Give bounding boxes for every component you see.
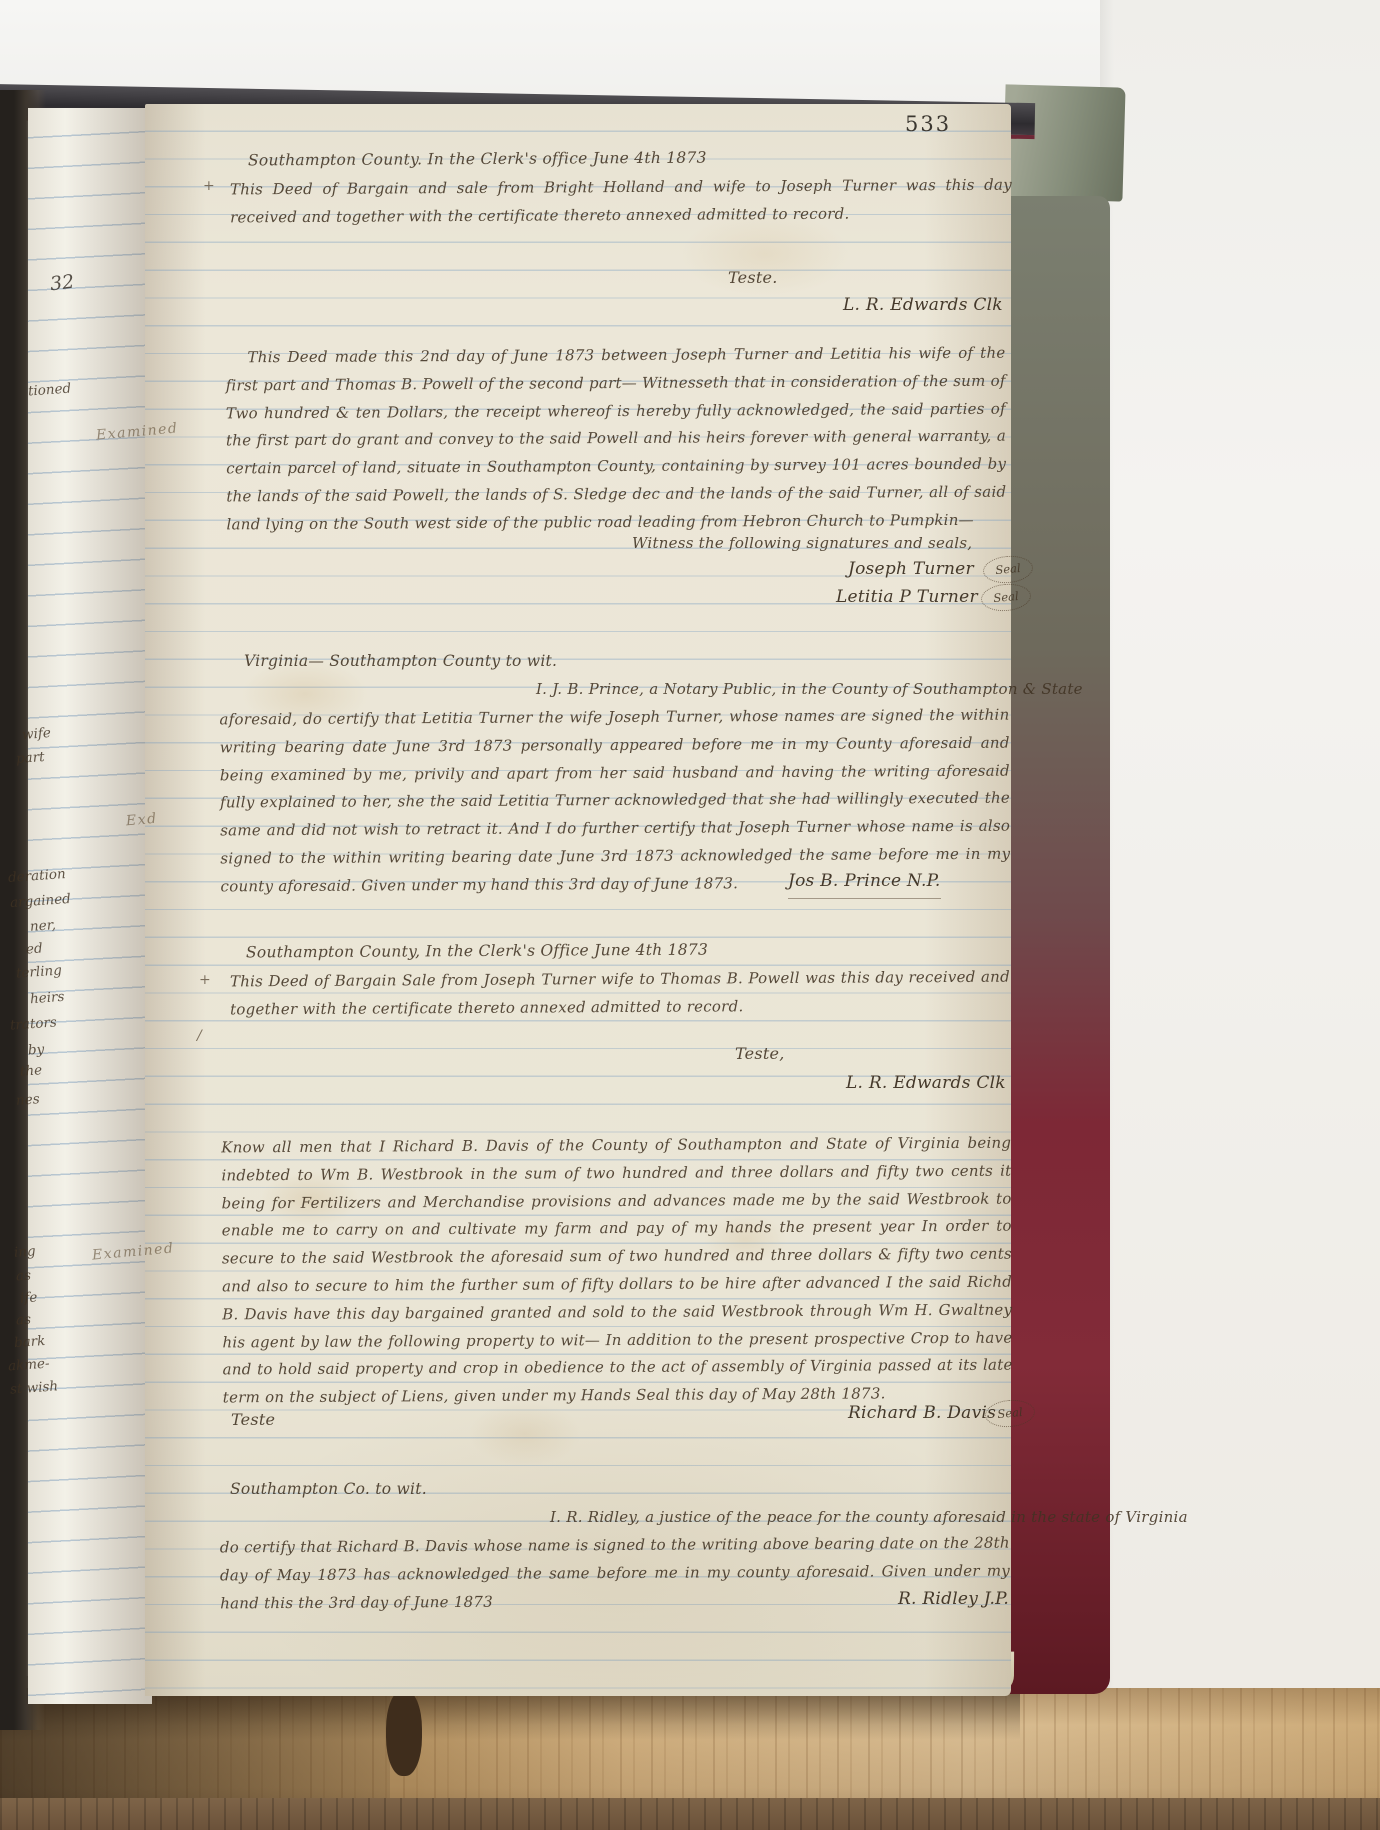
record-3-opening-line: I. J. B. Prince, a Notary Public, in the…: [536, 676, 1083, 704]
record-4-heading: Southampton County, In the Clerk's Offic…: [246, 937, 708, 968]
left-page-fragment: bark: [13, 1333, 45, 1351]
record-2-signature-2: Letitia P Turner: [836, 584, 978, 612]
clerk-cross-mark-1: +: [203, 178, 215, 194]
record-1-teste: Teste.: [728, 264, 778, 292]
left-page-fragment: part: [15, 749, 45, 767]
left-page-fragment: terling: [15, 962, 62, 981]
record-2-body: This Deed made this 2nd day of June 1873…: [225, 340, 1006, 539]
left-page-fragment: akme-: [7, 1356, 50, 1375]
record-3-heading: Virginia— Southampton County to wit.: [244, 648, 557, 676]
record-2-witness-line: Witness the following signatures and sea…: [632, 530, 972, 558]
left-page-fragment: ner,: [29, 917, 56, 935]
left-page-fragment: as: [15, 1311, 31, 1328]
record-4-clerk-signature: L. R. Edwards Clk: [846, 1070, 1006, 1098]
record-6-body: do certify that Richard B. Davis whose n…: [220, 1530, 1010, 1618]
record-5-body: Know all men that I Richard B. Davis of …: [221, 1130, 1013, 1413]
left-page-fragment: heirs: [29, 989, 64, 1007]
left-page-fragment: the: [19, 1062, 42, 1080]
clerk-cross-mark-2: +: [199, 972, 211, 988]
left-page-fragment: tioned: [27, 381, 71, 400]
left-page-fragment: wife: [21, 725, 51, 743]
backdrop: [1100, 0, 1380, 1700]
record-6-opening-line: I. R. Ridley, a justice of the peace for…: [550, 1504, 1188, 1532]
left-page-fragment: by: [27, 1041, 44, 1058]
left-page-fragment: ed: [25, 940, 43, 957]
book-shadow-left: [0, 1688, 390, 1798]
left-page-fragment: as: [15, 1267, 31, 1284]
record-5-signature: Richard B. Davis: [848, 1400, 996, 1428]
clerk-tick-mark: /: [197, 1028, 202, 1044]
margin-note-exd: Exd: [125, 811, 158, 830]
page-number: 533: [905, 112, 951, 136]
left-page-fragment: nes: [15, 1091, 40, 1109]
record-1-heading: Southampton County. In the Clerk's offic…: [248, 145, 707, 176]
record-1-body: This Deed of Bargain and sale from Brigh…: [230, 172, 1012, 232]
record-4-body: This Deed of Bargain Sale from Joseph Tu…: [230, 964, 1010, 1024]
wood-table-edge: [0, 1798, 1380, 1830]
record-3-notary-signature: Jos B. Prince N.P.: [788, 868, 941, 899]
previous-page-number: 32: [49, 271, 76, 296]
left-page-fragment: ife: [19, 1289, 37, 1306]
wood-knot: [386, 1690, 422, 1776]
record-5-teste: Teste: [231, 1406, 275, 1434]
record-6-justice-signature: R. Ridley J.P.: [898, 1586, 1009, 1614]
record-1-clerk-signature: L. R. Edwards Clk: [843, 292, 1003, 320]
record-6-heading: Southampton Co. to wit.: [230, 1476, 427, 1504]
left-page-fragment: ing: [13, 1243, 36, 1260]
record-2-signature-1: Joseph Turner: [848, 556, 974, 584]
record-4-teste: Teste,: [735, 1040, 785, 1068]
left-page-fragment: trators: [9, 1014, 57, 1033]
left-page-fragment: st wish: [10, 1378, 59, 1397]
deed-book-photograph: 32 tioned wife part deration argained ne…: [0, 0, 1380, 1830]
